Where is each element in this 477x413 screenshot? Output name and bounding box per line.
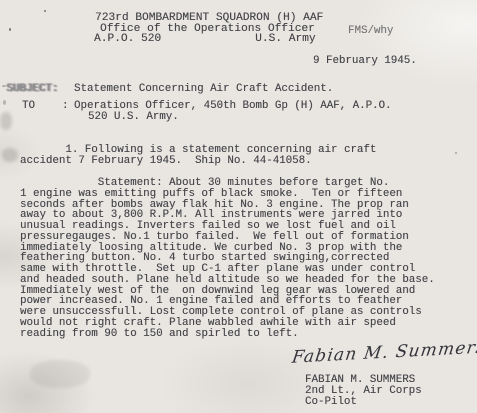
ink-speck [2,85,6,87]
smudge-mark [2,148,18,162]
subject-label: SUBJECT: [7,84,59,96]
document-page: 723rd BOMBARDMENT SQUADRON (H) AAF Offic… [0,0,477,413]
to-colon: : [62,101,68,113]
text-line: 1 engine was emitting puffs of black smo… [20,189,435,200]
text-line: reading from 90 to 150 and spirled to le… [20,329,435,340]
smudge-mark [0,112,12,130]
signature-script: Fabian M. Summers [291,338,472,367]
date-line: 9 February 1945. [313,56,417,68]
text-line: accident 7 February 1945. Ship No. 44-41… [20,156,376,167]
smudge-mark [30,360,90,388]
letterhead-apo-army: A.P.O. 520 U.S. Army [94,33,316,45]
to-address-line2: 520 U.S. Army. [88,112,179,124]
ink-speck [3,100,6,105]
ink-speck [455,152,457,154]
paragraph-1: 1. Following is a statement concerning a… [20,145,376,167]
statement-paragraph: Statement: About 30 minutes before targe… [20,178,435,339]
text-line: and headed south. Plane held altitude so… [20,275,435,286]
ink-speck [44,10,46,12]
signatory-role: Co-Pilot [305,397,357,409]
ink-speck [9,28,11,31]
reference-initials: FMS/why [348,26,393,38]
subject-text: Statement Concerning Air Craft Accident. [74,84,333,96]
text-line: pressuregauges. No.1 turbo failed. We fe… [20,232,435,243]
text-line: would not right craft. Plane wabbled awh… [20,318,435,329]
to-label: TO [22,101,35,113]
